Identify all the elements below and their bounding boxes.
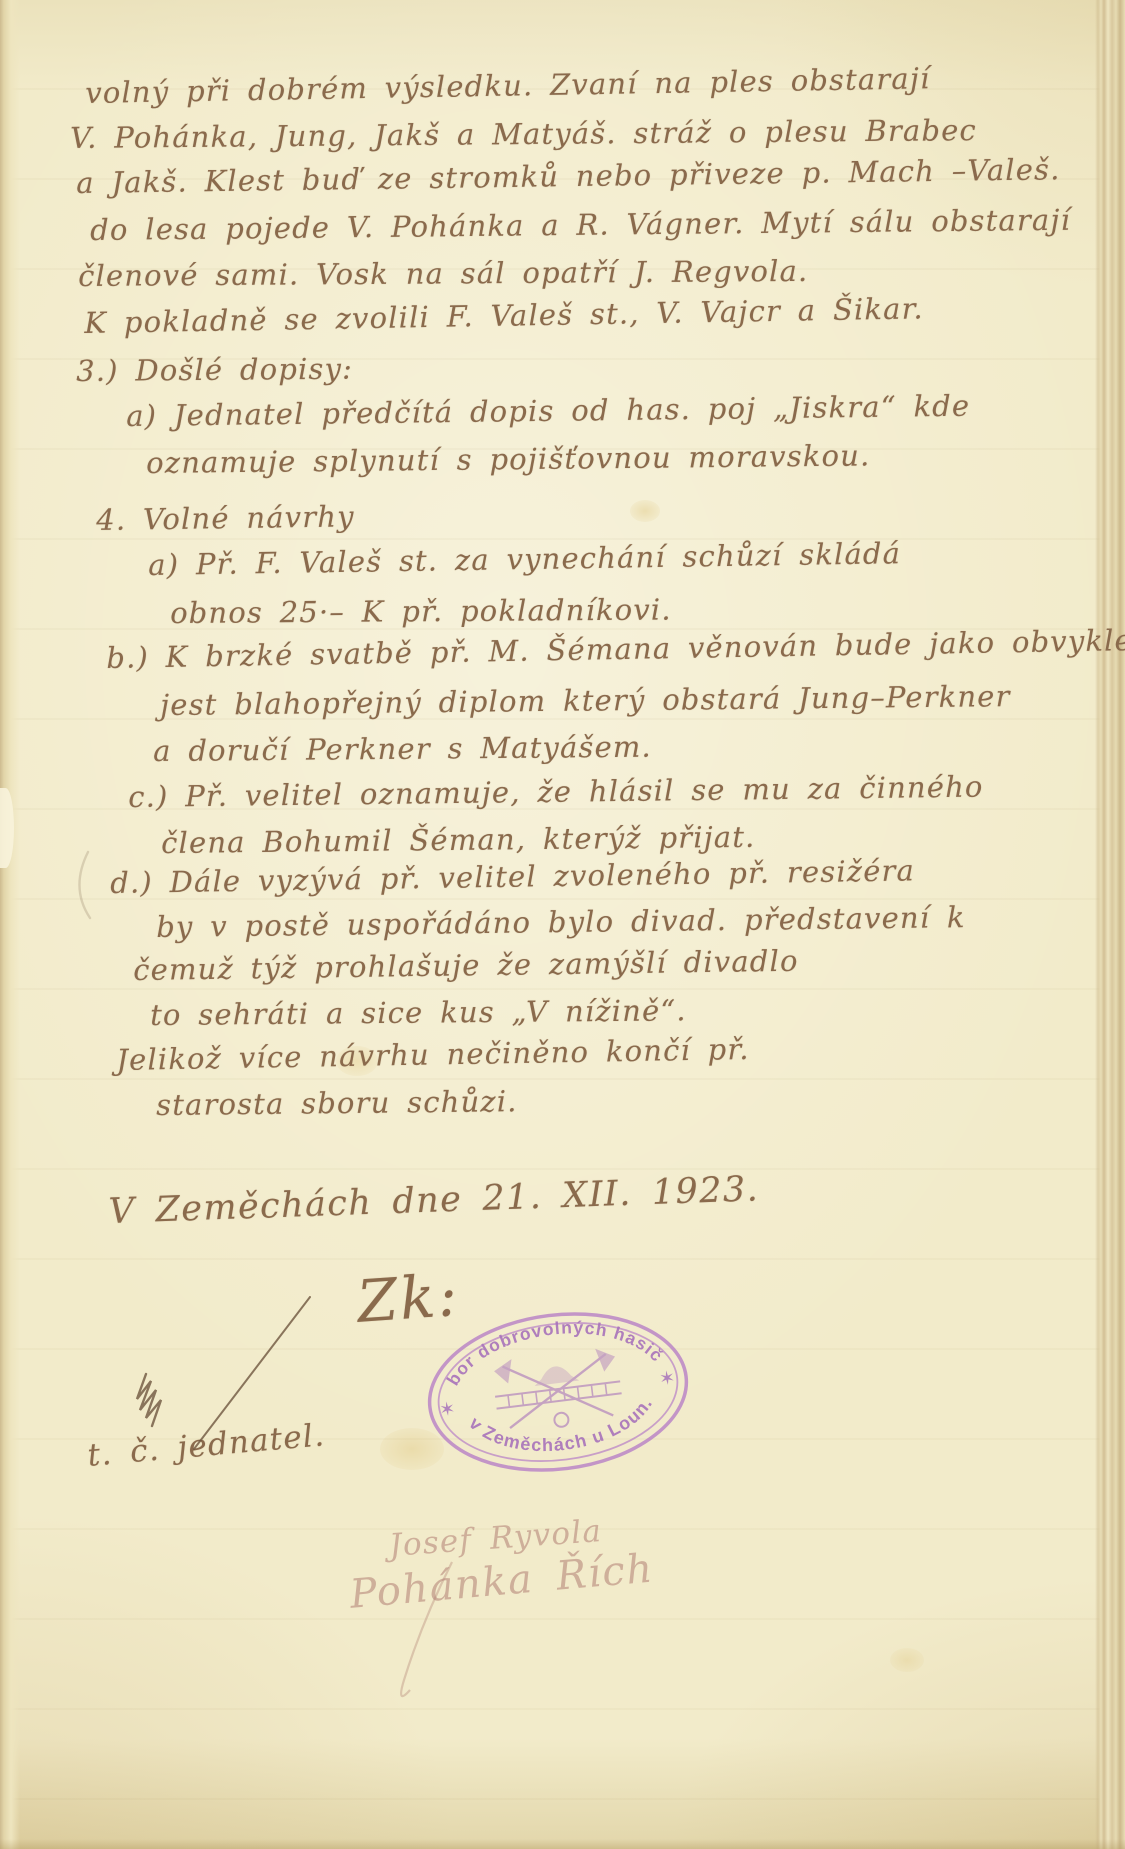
closing-monogram: Zk: <box>355 1261 461 1336</box>
scanned-minutes-page: { "page": { "kind": "Handwritten meeting… <box>0 0 1125 1849</box>
manuscript-line: to sehráti a sice kus „V nížině“. <box>150 993 687 1032</box>
page-stack-edge <box>1095 0 1125 1849</box>
manuscript-line: 3.) Došlé dopisy: <box>76 352 353 388</box>
manuscript-line: členové sami. Vosk na sál opatří J. Regv… <box>78 254 808 293</box>
manuscript-line: člena Bohumil Šéman, kterýž přijat. <box>161 820 756 860</box>
page-bottom-shadow <box>0 1839 1125 1849</box>
manuscript-line: 4. Volné návrhy <box>96 499 355 537</box>
page-binding-edge <box>0 0 20 1849</box>
manuscript-line: obnos 25·– K př. pokladníkovi. <box>170 592 672 630</box>
manuscript-line: starosta sboru schůzi. <box>156 1084 518 1122</box>
manuscript-line: a doručí Perkner s Matyášem. <box>153 730 652 768</box>
